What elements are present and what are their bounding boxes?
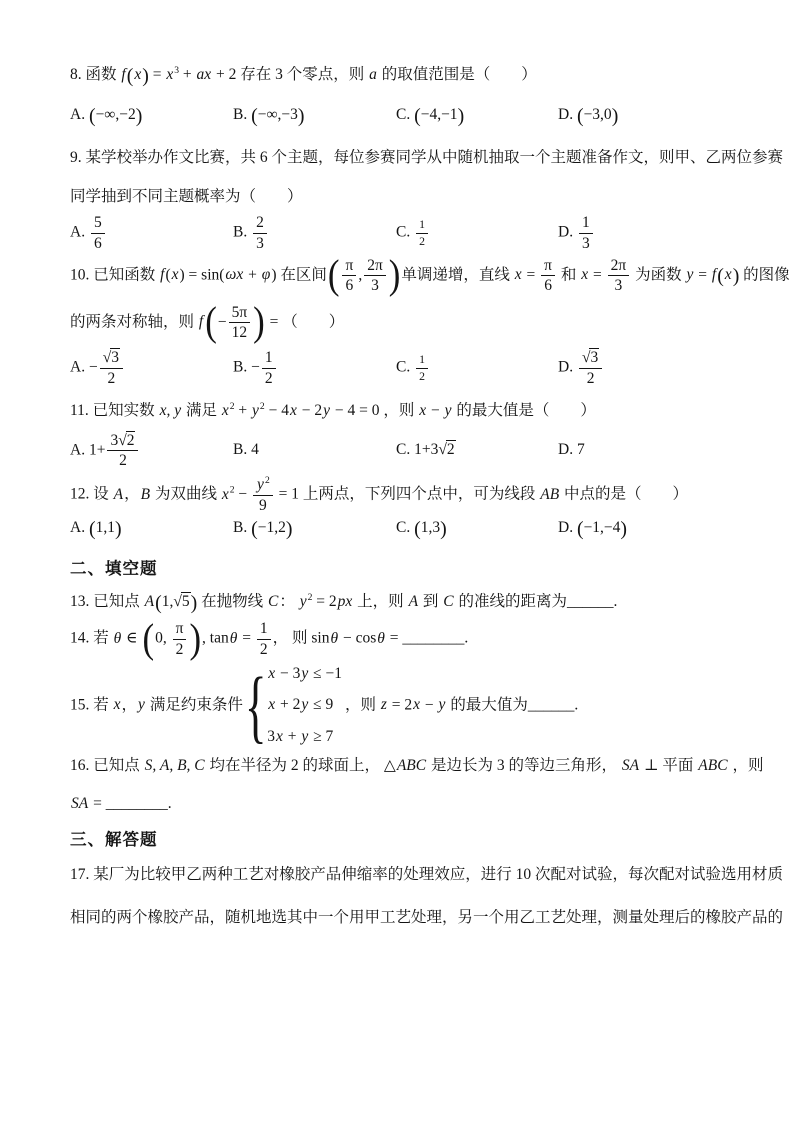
question-8-option-d: D. (−3,0) (558, 106, 725, 127)
question-9-option-c: C. 12 (396, 218, 558, 247)
question-10-option-a: A. −√32 (70, 349, 233, 387)
question-14-text: 14. 若 θ ∈ (0, π2), tanθ = 12， 则 sinθ − c… (70, 620, 725, 658)
question-10-text-line-1: 10. 已知函数 f(x) = sin(ωx + φ) 在区间(π6,2π3)单… (70, 257, 725, 295)
question-13-text: 13. 已知点 A(1,√5) 在抛物线 C： y2 = 2px 上，则 A 到… (70, 591, 725, 614)
question-8-option-a: A. (−∞,−2) (70, 106, 233, 127)
question-16-text-line-1: 16. 已知点 S, A, B, C 均在半径为 2 的球面上， △ABC 是边… (70, 755, 725, 777)
question-16-text-line-2: SA = ________. (70, 793, 725, 815)
question-12-option-d: D. (−1,−4) (558, 519, 725, 540)
question-8-text: 8. 函数 f(x) = x3 + ax + 2 存在 3 个零点，则 a 的取… (70, 64, 725, 87)
question-11-options: A. 1+3√22 B. 4 C. 1+3√2 D. 7 (70, 432, 725, 470)
question-9-option-b: B. 23 (233, 214, 396, 252)
exam-page: 8. 函数 f(x) = x3 + ax + 2 存在 3 个零点，则 a 的取… (0, 0, 793, 929)
section-title-solutions: 三、解答题 (70, 826, 725, 850)
question-15-text: 15. 若 x，y 满足约束条件{x − 3y ≤ −1x + 2y ≤ 93x… (70, 663, 725, 748)
question-17-text-line-2: 相同的两个橡胶产品，随机地选其中一个用甲工艺处理，另一个用乙工艺处理，测量处理后… (70, 907, 725, 929)
question-12-text: 12. 设 A，B 为双曲线 x2 − y29 = 1 上两点，下列四个点中，可… (70, 476, 725, 514)
question-10-text-line-2: 的两条对称轴，则 f(−5π12) = （ ） (70, 304, 725, 342)
question-10-option-d: D. √32 (558, 349, 725, 387)
question-11-option-a: A. 1+3√22 (70, 432, 233, 470)
question-8-option-b: B. (−∞,−3) (233, 106, 396, 127)
question-11-option-b: B. 4 (233, 441, 396, 459)
question-11-option-d: D. 7 (558, 441, 725, 459)
question-9-text-line-1: 9. 某学校举办作文比赛，共 6 个主题，每位参赛同学从中随机抽取一个主题准备作… (70, 147, 725, 169)
question-9-options: A. 56 B. 23 C. 12 D. 13 (70, 214, 725, 252)
question-17-text-line-1: 17. 某厂为比较甲乙两种工艺对橡胶产品伸缩率的处理效应，进行 10 次配对试验… (70, 864, 725, 886)
question-9-option-a: A. 56 (70, 214, 233, 252)
question-9-text-line-2: 同学抽到不同主题概率为（ ） (70, 186, 725, 208)
question-8-options: A. (−∞,−2) B. (−∞,−3) C. (−4,−1) D. (−3,… (70, 106, 725, 127)
question-12-option-b: B. (−1,2) (233, 519, 396, 540)
question-9-option-d: D. 13 (558, 214, 725, 252)
question-11-text: 11. 已知实数 x, y 满足 x2 + y2 − 4x − 2y − 4 =… (70, 400, 725, 422)
question-8-option-c: C. (−4,−1) (396, 106, 558, 127)
question-12-options: A. (1,1) B. (−1,2) C. (1,3) D. (−1,−4) (70, 519, 725, 540)
question-10-options: A. −√32 B. −12 C. 12 D. √32 (70, 349, 725, 387)
question-11-option-c: C. 1+3√2 (396, 441, 558, 459)
section-title-fill-in-blank: 二、填空题 (70, 555, 725, 579)
question-10-option-b: B. −12 (233, 349, 396, 387)
question-12-option-c: C. (1,3) (396, 519, 558, 540)
question-12-option-a: A. (1,1) (70, 519, 233, 540)
question-10-option-c: C. 12 (396, 353, 558, 382)
